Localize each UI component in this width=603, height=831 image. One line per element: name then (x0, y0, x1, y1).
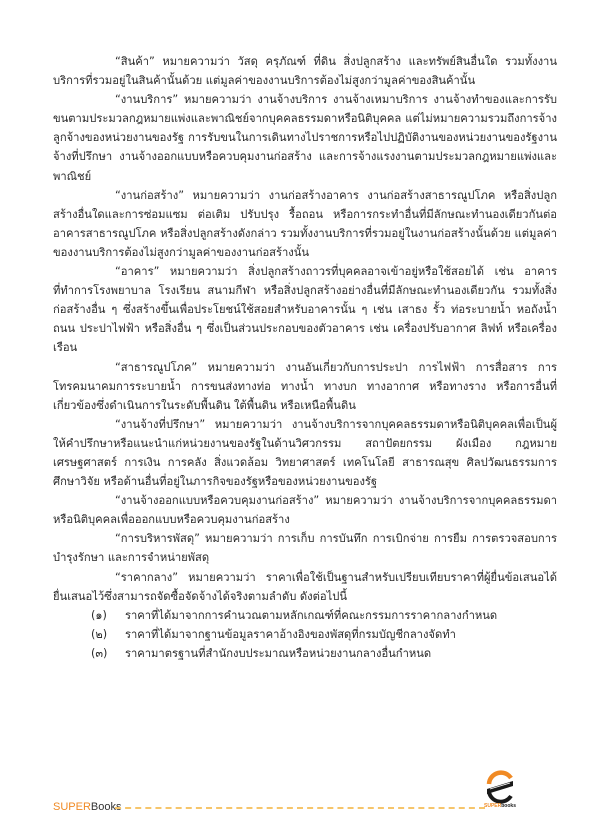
definition-service: “งานบริการ” หมายความว่า งานจ้างบริการ งา… (53, 90, 557, 185)
footer-brand: SUPERBooks (53, 800, 121, 814)
definition-product: “สินค้า” หมายความว่า วัสดุ ครุภัณฑ์ ที่ด… (53, 52, 557, 90)
list-item: (๓)ราคามาตรฐานที่สำนักงบประมาณหรือหน่วยง… (53, 644, 557, 663)
footer-dashed-rule (115, 807, 485, 809)
definition-supplies-management: “การบริหารพัสดุ” หมายความว่า การเก็บ การ… (53, 529, 557, 567)
paragraph-text: “งานจ้างที่ปรึกษา” หมายความว่า งานจ้างบร… (53, 418, 557, 488)
document-page: “สินค้า” หมายความว่า วัสดุ ครุภัณฑ์ ที่ด… (53, 52, 557, 663)
superbooks-logo: SUPERbooks (475, 770, 525, 816)
logo-super: SUPER (484, 803, 501, 809)
brand-super: SUPER (53, 801, 91, 813)
page-footer: SUPERBooks SUPERbooks (53, 800, 533, 816)
list-text: ราคาที่ได้มาจากฐานข้อมูลราคาอ้างอิงของพั… (125, 628, 456, 641)
definition-design-supervision: “งานจ้างออกแบบหรือควบคุมงานก่อสร้าง” หมา… (53, 491, 557, 529)
list-number: (๒) (91, 625, 125, 644)
list-text: ราคาที่ได้มาจากการคำนวณตามหลักเกณฑ์ที่คณ… (125, 609, 497, 622)
paragraph-text: “งานจ้างออกแบบหรือควบคุมงานก่อสร้าง” หมา… (53, 494, 557, 526)
list-number: (๓) (91, 644, 125, 663)
logo-wordmark: SUPERbooks (475, 803, 525, 809)
paragraph-text: “งานก่อสร้าง” หมายความว่า งานก่อสร้างอาค… (53, 189, 557, 259)
logo-books: books (501, 803, 516, 809)
list-item: (๑)ราคาที่ได้มาจากการคำนวณตามหลักเกณฑ์ที… (53, 606, 557, 625)
paragraph-text: “การบริหารพัสดุ” หมายความว่า การเก็บ การ… (53, 532, 557, 564)
paragraph-text: “ราคากลาง” หมายความว่า ราคาเพื่อใช้เป็นฐ… (53, 571, 557, 603)
paragraph-text: “อาคาร” หมายความว่า สิ่งปลูกสร้างถาวรที่… (53, 265, 557, 354)
list-number: (๑) (91, 606, 125, 625)
paragraph-text: “งานบริการ” หมายความว่า งานจ้างบริการ งา… (53, 93, 557, 182)
paragraph-text: “สินค้า” หมายความว่า วัสดุ ครุภัณฑ์ ที่ด… (53, 55, 557, 87)
definition-construction: “งานก่อสร้าง” หมายความว่า งานก่อสร้างอาค… (53, 186, 557, 262)
list-text: ราคามาตรฐานที่สำนักงบประมาณหรือหน่วยงานก… (125, 647, 431, 660)
definition-building: “อาคาร” หมายความว่า สิ่งปลูกสร้างถาวรที่… (53, 262, 557, 357)
list-item: (๒)ราคาที่ได้มาจากฐานข้อมูลราคาอ้างอิงขอ… (53, 625, 557, 644)
definition-median-price: “ราคากลาง” หมายความว่า ราคาเพื่อใช้เป็นฐ… (53, 568, 557, 606)
paragraph-text: “สาธารณูปโภค” หมายความว่า งานอันเกี่ยวกั… (53, 361, 557, 412)
definition-consultant: “งานจ้างที่ปรึกษา” หมายความว่า งานจ้างบร… (53, 415, 557, 491)
definition-public-utility: “สาธารณูปโภค” หมายความว่า งานอันเกี่ยวกั… (53, 358, 557, 415)
superbooks-logo-icon (475, 770, 525, 804)
